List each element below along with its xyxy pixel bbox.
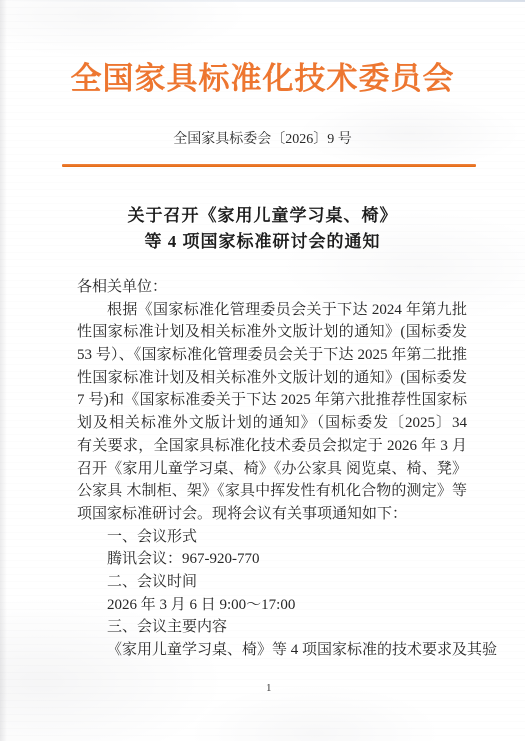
doc-number: 全国家具标委会〔2026〕9 号: [0, 131, 525, 149]
body-line: 三、会议主要内容: [77, 616, 467, 639]
body-lines: 各相关单位：根据《国家标准化管理委员会关于下达 2024 年第九批推荐性国家标准…: [77, 276, 467, 662]
scan-top-edge: [0, 0, 525, 2]
body-line: 有关要求，全国家具标准化技术委员会拟定于 2026 年 3 月 6 日: [77, 435, 467, 458]
org-title: 全国家具标准化技术委员会: [0, 60, 525, 98]
body-line: 一、会议形式: [77, 526, 467, 549]
page-number: 1: [266, 681, 272, 695]
notice-title-line2: 等 4 项国家标准研讨会的通知: [0, 229, 525, 255]
header-divider-rule: [62, 164, 476, 167]
body-line: 性国家标准计划及相关标准外文版计划的通知》(国标委发〔2024〕: [77, 321, 467, 344]
body-line: 53 号）、《国家标准化管理委员会关于下达 2025 年第二批推荐: [77, 344, 467, 367]
body-line: 各相关单位：: [77, 276, 467, 299]
body-line: 《家用儿童学习桌、椅》等 4 项国家标准的技术要求及其验: [77, 639, 467, 662]
document-page: 全国家具标准化技术委员会 全国家具标委会〔2026〕9 号 关于召开《家用儿童学…: [0, 0, 525, 741]
body-line: 性国家标准计划及相关标准外文版计划的通知》(国标委发〔2025〕: [77, 367, 467, 390]
body-line: 二、会议时间: [77, 571, 467, 594]
body-line: 2026 年 3 月 6 日 9:00～17:00: [77, 594, 467, 617]
scan-left-edge-shadow: [0, 0, 7, 741]
body-line: 腾讯会议：967-920-770: [77, 548, 467, 571]
body-line: 项国家标准研讨会。现将会议有关事项通知如下：: [77, 503, 467, 526]
body-line: 公家具 木制柜、架》《家具中挥发性有机化合物的测定》等 4: [77, 480, 467, 503]
body-line: 根据《国家标准化管理委员会关于下达 2024 年第九批推荐: [77, 299, 467, 322]
body-line: 划及相关标准外文版计划的通知》（国标委发〔2025〕34 号）的: [77, 412, 467, 435]
notice-title: 关于召开《家用儿童学习桌、椅》 等 4 项国家标准研讨会的通知: [0, 203, 525, 255]
body-line: 召开《家用儿童学习桌、椅》《办公家具 阅览桌、椅、凳》《办: [77, 458, 467, 481]
body-line: 7 号)和《国家标准委关于下达 2025 年第六批推荐性国家标准计: [77, 389, 467, 412]
notice-title-line1: 关于召开《家用儿童学习桌、椅》: [0, 203, 525, 229]
